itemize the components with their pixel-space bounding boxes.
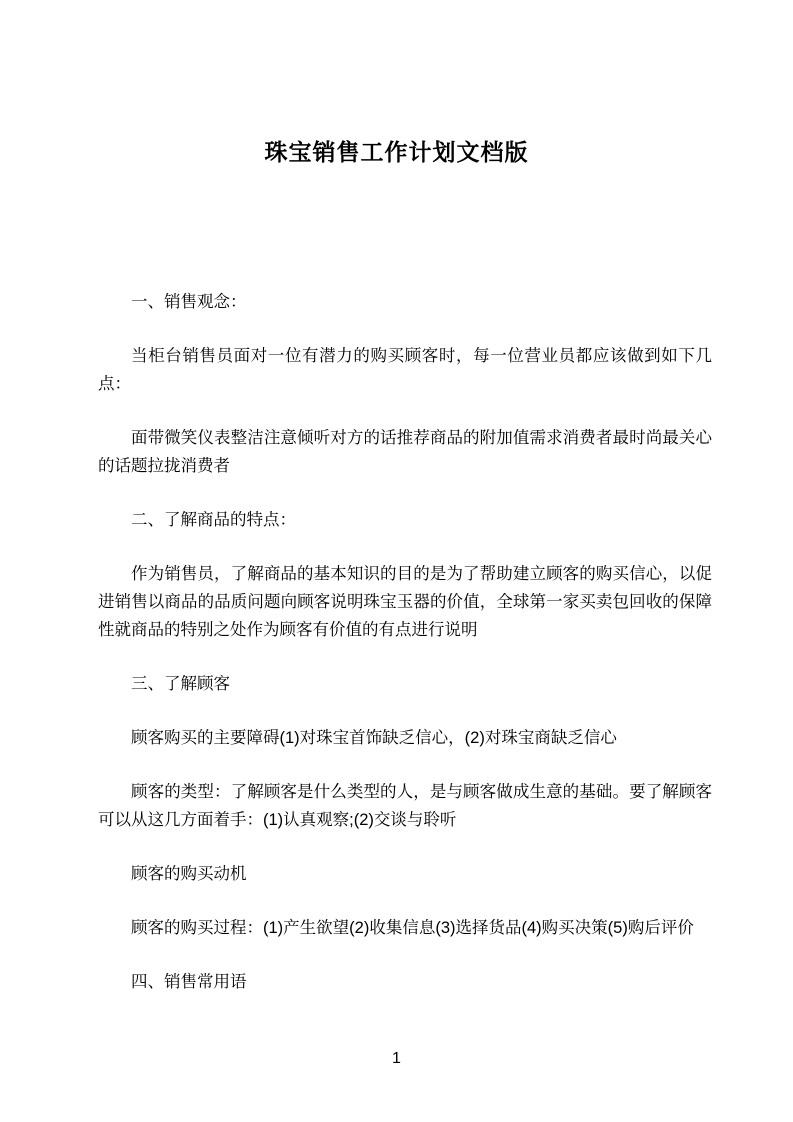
body-paragraph: 顾客的购买动机 [98, 860, 712, 888]
document-page: 珠宝销售工作计划文档版 一、销售观念： 当柜台销售员面对一位有潜力的购买顾客时，… [0, 0, 793, 1122]
document-title: 珠宝销售工作计划文档版 [0, 137, 793, 167]
body-paragraph: 面带微笑仪表整洁注意倾听对方的话推荐商品的附加值需求消费者最时尚最关心的话题拉拢… [98, 424, 712, 480]
body-paragraph: 顾客的购买过程：(1)产生欲望(2)收集信息(3)选择货品(4)购买决策(5)购… [98, 914, 712, 942]
page-footer: 1 [0, 1048, 793, 1070]
section-heading-2: 二、了解商品的特点： [98, 506, 712, 534]
body-paragraph: 当柜台销售员面对一位有潜力的购买顾客时，每一位营业员都应该做到如下几点： [98, 342, 712, 398]
body-paragraph: 顾客的类型：了解顾客是什么类型的人，是与顾客做成生意的基础。要了解顾客可以从这几… [98, 778, 712, 834]
body-paragraph: 顾客购买的主要障碍(1)对珠宝首饰缺乏信心，(2)对珠宝商缺乏信心 [98, 724, 712, 752]
section-heading-1: 一、销售观念： [98, 288, 712, 316]
document-body: 一、销售观念： 当柜台销售员面对一位有潜力的购买顾客时，每一位营业员都应该做到如… [98, 288, 712, 1022]
section-heading-3: 三、了解顾客 [98, 670, 712, 698]
section-heading-4: 四、销售常用语 [98, 968, 712, 996]
page-number: 1 [392, 1050, 401, 1067]
body-paragraph: 作为销售员，了解商品的基本知识的目的是为了帮助建立顾客的购买信心，以促进销售以商… [98, 560, 712, 644]
